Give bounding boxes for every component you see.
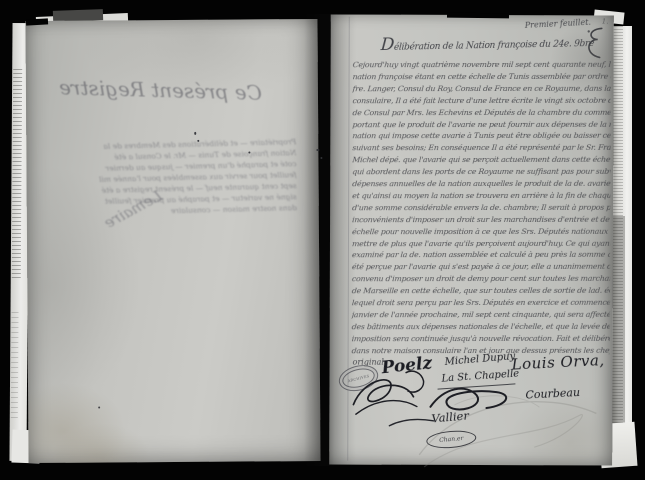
page-edge-notch xyxy=(26,18,48,25)
manuscript-line: échelle pour nouvelle imposition à ce qu… xyxy=(351,226,610,238)
manuscript-line: dépenses annuelles de la nation auxquell… xyxy=(352,179,611,191)
manuscript-line: Michel dépé. que l'avarie qui se perçoit… xyxy=(352,155,611,167)
manuscript-line: suivant ses besoins; En conséquence Il a… xyxy=(352,143,611,155)
ink-speck xyxy=(194,132,196,135)
page-edge-texture xyxy=(12,68,22,278)
manuscript-line: fre. Langer, Consul du Roy, Consul de Fr… xyxy=(352,84,611,96)
page-edge-shadow xyxy=(611,216,625,446)
ink-speck xyxy=(98,407,100,409)
manuscript-line: Cejourd'huy vingt quatrième novembre mil… xyxy=(352,60,611,72)
manuscript-line: portant que le produit de l'avarie ne pe… xyxy=(352,119,611,131)
bleed-through-text: Propriétaire — et délibérations des Memb… xyxy=(70,19,298,463)
ink-speck xyxy=(320,157,322,159)
manuscript-line: inconvénients d'imposer un droit sur les… xyxy=(351,214,610,226)
ink-speck xyxy=(316,149,319,151)
ink-speck xyxy=(197,140,199,142)
manuscript-line: consulaire, Il a été fait lecture d'une … xyxy=(352,95,611,107)
manuscript-line: imposition sera continuée jusqu'à nouvel… xyxy=(351,333,610,345)
right-page: Premier feuillet. 1. Délibération de la … xyxy=(329,15,614,466)
manuscript-line: qui abordent dans les ports de ce Royaum… xyxy=(352,167,611,179)
right-page-stack-edge xyxy=(611,26,632,462)
manuscript-line: examiné par la de. nation assemblée et c… xyxy=(351,250,610,262)
manuscript-line: été perçue par l'avarie qui s'est payée … xyxy=(351,262,610,274)
manuscript-line: nation françoise étant en cette échelle … xyxy=(352,72,611,84)
manuscript-line: de Marseille en cette échelle, que sur t… xyxy=(351,286,610,298)
page-edge-texture xyxy=(11,308,19,418)
manuscript-line: nation qui impose cette avarie à Tunis p… xyxy=(352,131,611,143)
left-page: Ce présent Registre Propriétaire — et dé… xyxy=(25,19,320,463)
manuscript-line: d'une somme considérable envers la de. c… xyxy=(352,203,611,215)
page-edge-notch xyxy=(447,13,509,19)
signature-courbeau: Courbeau xyxy=(525,386,580,402)
manuscript-line: et qu'ainsi au moyen la nation se trouve… xyxy=(352,191,611,203)
manuscript-line: lequel droit sera perçu par les Srs. Dép… xyxy=(351,298,610,310)
manuscript-line: mettre de plus que l'avarie qu'ils perço… xyxy=(351,238,610,250)
manuscript-line: janvier de l'année prochaine, mil sept c… xyxy=(351,310,610,322)
signature-lead-stroke-icon xyxy=(387,415,435,428)
manuscript-line: convenu d'imposer un droit de demy pour … xyxy=(351,274,610,286)
signature-oval-text: Chan.er xyxy=(439,435,464,444)
manuscript-line: de Consul par Mrs. les Echevins et Déput… xyxy=(352,107,611,119)
ink-speck xyxy=(248,151,250,153)
manuscript-scan: Ce présent Registre Propriétaire — et dé… xyxy=(0,0,645,480)
manuscript-line: des bâtiments aux dépenses nationales de… xyxy=(351,322,610,334)
